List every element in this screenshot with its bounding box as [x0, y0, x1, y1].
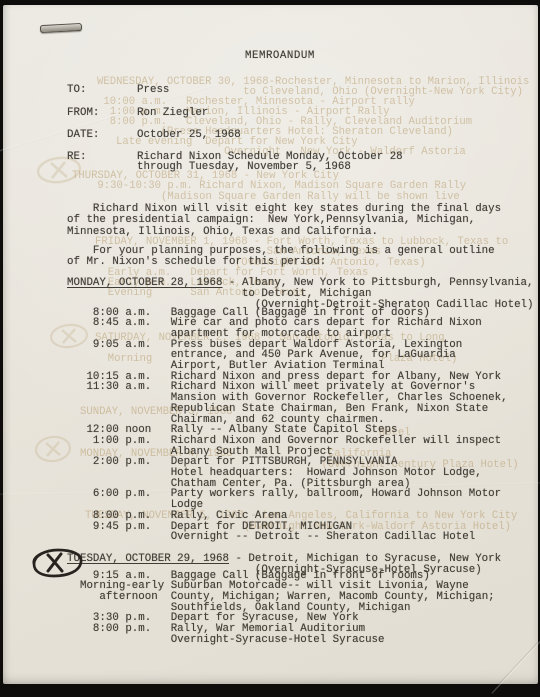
- field-label: DATE:: [67, 130, 137, 141]
- schedule-row: 9:45 p.m.Depart for DETROIT, MICHIGAN Ov…: [67, 522, 508, 543]
- schedule-row: 9:05 a.m.Press buses depart Waldorf Asto…: [67, 340, 508, 372]
- details-cell: Depart for DETROIT, MICHIGAN Overnight -…: [171, 522, 508, 543]
- field-row: DATE:October 25, 1968: [67, 130, 241, 141]
- bleed-through-block: THURSDAY, OCTOBER 31, 1968 - New York Ci…: [72, 171, 466, 202]
- details-cell: Suburban Motorcade-- will visit Livonia,…: [171, 581, 495, 613]
- field-value: Ron Ziegler: [137, 108, 208, 119]
- field-label: FROM:: [67, 108, 137, 119]
- time-cell: 11:30 a.m.: [67, 382, 171, 425]
- details-cell: Rally, Civic Arena: [171, 511, 508, 522]
- bleed-through-text: THURSDAY, OCTOBER 31, 1968 - New York Ci…: [72, 171, 466, 202]
- time-cell: 8:00 p.m.: [67, 624, 171, 645]
- details-cell: Rally, War Memorial Auditorium Overnight…: [171, 624, 495, 645]
- field-row: TO:Press: [67, 85, 169, 96]
- schedule-row: Morning-early afternoonSuburban Motorcad…: [67, 581, 495, 613]
- details-cell: Depart for PITTSBURGH, PENNSYLVANIA Hote…: [171, 457, 508, 489]
- field-value: October 25, 1968: [137, 130, 241, 141]
- time-cell: 8:00 p.m.: [67, 511, 171, 522]
- paragraph-text: For your planning purposes, the followin…: [67, 246, 495, 269]
- time-cell: 6:00 p.m.: [67, 489, 171, 510]
- time-cell: 2:00 p.m.: [67, 457, 171, 489]
- schedule-row: 8:00 p.m.Rally, Civic Arena: [67, 511, 508, 522]
- schedule-monday: 8:00 a.m.Baggage Call (Baggage in front …: [67, 308, 508, 543]
- details-cell: Wire car and photo cars depart for Richa…: [171, 318, 508, 339]
- paragraph: For your planning purposes, the followin…: [67, 246, 495, 269]
- time-cell: 8:45 a.m.: [67, 318, 171, 339]
- schedule-tuesday: 9:15 a.m.Baggage Call (Baggage in front …: [67, 571, 495, 646]
- paragraph-text: Richard Nixon will visit eight key state…: [67, 204, 501, 238]
- schedule-row: 6:00 p.m.Party workers rally, ballroom, …: [67, 489, 508, 510]
- time-cell: 9:05 a.m.: [67, 340, 171, 372]
- field-label: RE:: [67, 152, 137, 173]
- details-cell: Party workers rally, ballroom, Howard Jo…: [171, 489, 508, 510]
- field-row: RE:Richard Nixon Schedule Monday, Octobe…: [67, 152, 403, 173]
- time-cell: 9:45 p.m.: [67, 522, 171, 543]
- details-cell: Richard Nixon will meet privately at Gov…: [171, 382, 508, 425]
- field-label: TO:: [67, 85, 137, 96]
- scanned-memo-page: WEDNESDAY, OCTOBER 30, 1968-Rochester, M…: [0, 0, 540, 697]
- schedule-row: 11:30 a.m.Richard Nixon will meet privat…: [67, 382, 508, 425]
- schedule-row: 8:00 p.m.Rally, War Memorial Auditorium …: [67, 624, 495, 645]
- paragraph: Richard Nixon will visit eight key state…: [67, 204, 501, 238]
- field-value: Richard Nixon Schedule Monday, October 2…: [137, 152, 403, 173]
- section-heading-monday: MONDAY, OCTOBER 28, 1968 - Albany, New Y…: [67, 278, 534, 311]
- schedule-row: 2:00 p.m.Depart for PITTSBURGH, PENNSYLV…: [67, 457, 508, 489]
- details-cell: Press buses depart Waldorf Astoria, Lexi…: [171, 340, 508, 372]
- details-cell: Richard Nixon and Governor Rockefeller w…: [171, 436, 508, 457]
- time-cell: 1:00 p.m.: [67, 436, 171, 457]
- schedule-row: 8:45 a.m.Wire car and photo cars depart …: [67, 318, 508, 339]
- field-row: FROM:Ron Ziegler: [67, 108, 208, 119]
- field-value: Press: [137, 85, 169, 96]
- time-cell: Morning-early afternoon: [67, 581, 171, 613]
- circled-x-annotation: [24, 542, 90, 584]
- schedule-row: 1:00 p.m.Richard Nixon and Governor Rock…: [67, 436, 508, 457]
- memo-title: MEMROANDUM: [245, 51, 315, 62]
